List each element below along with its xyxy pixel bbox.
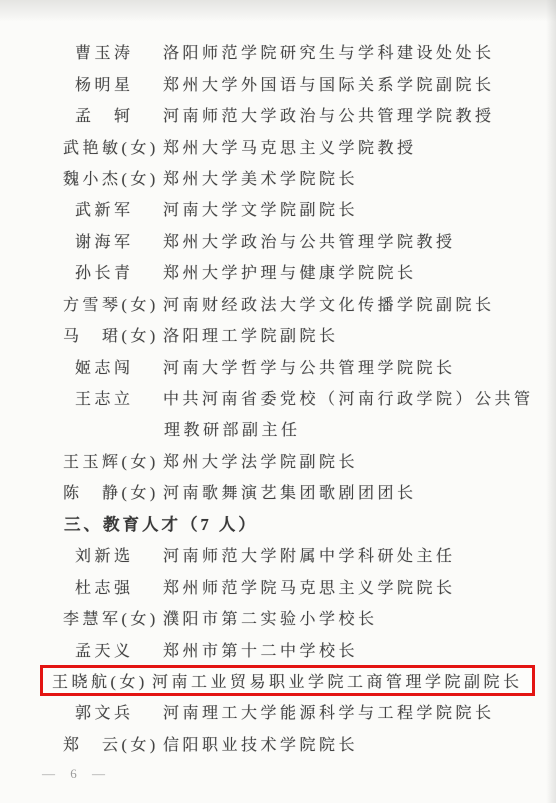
person-title: 河南师范大学政治与公共管理学院教授	[163, 103, 495, 126]
person-row: 魏小杰(女) 郑州大学美术学院院长	[0, 162, 556, 193]
person-title: 河南工业贸易职业学院工商管理学院副院长	[152, 669, 523, 692]
gender-marker: (女)	[122, 611, 159, 628]
page-number: — 6 —	[42, 766, 111, 782]
person-name: 孙长青	[75, 260, 163, 283]
person-name: 陈 静(女)	[63, 480, 163, 503]
person-title-continuation: 理教研部副主任	[164, 417, 301, 440]
scanned-document-page: 曹玉涛 洛阳师范学院研究生与学科建设处处长 杨明星 郑州大学外国语与国际关系学院…	[0, 0, 556, 803]
person-row: 陈 静(女) 河南歌舞演艺集团歌剧团团长	[0, 476, 556, 507]
person-row: 郑 云(女) 信阳职业技术学院院长	[0, 728, 556, 759]
person-title: 郑州大学马克思主义学院教授	[163, 135, 417, 158]
person-name: 曹玉涛	[75, 40, 163, 63]
person-name: 杨明星	[75, 72, 163, 95]
person-title: 河南大学哲学与公共管理学院院长	[163, 355, 456, 378]
person-row: 郭文兵 河南理工大学能源科学与工程学院院长	[0, 696, 556, 727]
person-row: 王志立 中共河南省委党校（河南行政学院）公共管	[0, 382, 556, 413]
person-title: 河南师范大学附属中学科研处主任	[163, 543, 456, 566]
person-name: 王玉辉(女)	[63, 449, 163, 472]
person-row: 孙长青 郑州大学护理与健康学院院长	[0, 256, 556, 287]
person-row: 武艳敏(女) 郑州大学马克思主义学院教授	[0, 130, 556, 161]
person-title: 郑州大学外国语与国际关系学院副院长	[163, 72, 495, 95]
person-row: 马 珺(女) 洛阳理工学院副院长	[0, 319, 556, 350]
person-title: 郑州市第十二中学校长	[163, 638, 358, 661]
gender-marker: (女)	[111, 674, 148, 691]
gender-marker: (女)	[122, 328, 159, 345]
highlighted-person-row: 王晓航(女) 河南工业贸易职业学院工商管理学院副院长	[40, 665, 535, 696]
person-name: 孟天义	[75, 638, 163, 661]
person-name: 谢海军	[75, 229, 163, 252]
person-title: 郑州大学护理与健康学院院长	[163, 260, 417, 283]
person-name: 姬志闯	[75, 355, 163, 378]
person-name: 武新军	[75, 197, 163, 220]
person-name: 李慧军(女)	[63, 606, 163, 629]
person-title: 中共河南省委党校（河南行政学院）公共管	[163, 386, 534, 409]
person-row: 谢海军 郑州大学政治与公共管理学院教授	[0, 225, 556, 256]
gender-marker: (女)	[122, 737, 159, 754]
person-title: 河南理工大学能源科学与工程学院院长	[163, 700, 495, 723]
person-row: 孟 轲 河南师范大学政治与公共管理学院教授	[0, 99, 556, 130]
person-name: 郑 云(女)	[63, 732, 163, 755]
gender-marker: (女)	[122, 140, 159, 157]
person-title: 郑州大学美术学院院长	[163, 166, 358, 189]
person-row: 杜志强 郑州师范学院马克思主义学院院长	[0, 570, 556, 601]
person-title: 洛阳理工学院副院长	[163, 323, 339, 346]
person-name: 马 珺(女)	[63, 323, 163, 346]
person-row: 孟天义 郑州市第十二中学校长	[0, 633, 556, 664]
person-name: 孟 轲	[75, 103, 163, 126]
person-row: 方雪琴(女) 河南财经政法大学文化传播学院副院长	[0, 288, 556, 319]
person-title: 信阳职业技术学院院长	[163, 732, 358, 755]
person-title: 郑州师范学院马克思主义学院院长	[163, 575, 456, 598]
person-name: 魏小杰(女)	[63, 166, 163, 189]
person-title: 洛阳师范学院研究生与学科建设处处长	[163, 40, 495, 63]
person-row: 王玉辉(女) 郑州大学法学院副院长	[0, 445, 556, 476]
person-name: 方雪琴(女)	[63, 292, 163, 315]
person-row-continuation: 理教研部副主任	[0, 413, 556, 444]
person-row: 武新军 河南大学文学院副院长	[0, 193, 556, 224]
gender-marker: (女)	[122, 297, 159, 314]
person-title: 郑州大学政治与公共管理学院教授	[163, 229, 456, 252]
person-row: 刘新选 河南师范大学附属中学科研处主任	[0, 539, 556, 570]
person-row: 曹玉涛 洛阳师范学院研究生与学科建设处处长	[0, 36, 556, 67]
appointee-list: 曹玉涛 洛阳师范学院研究生与学科建设处处长 杨明星 郑州大学外国语与国际关系学院…	[0, 36, 556, 759]
person-row: 杨明星 郑州大学外国语与国际关系学院副院长	[0, 67, 556, 98]
gender-marker: (女)	[122, 171, 159, 188]
person-title: 河南大学文学院副院长	[163, 197, 358, 220]
gender-marker: (女)	[122, 454, 159, 471]
person-title: 河南歌舞演艺集团歌剧团团长	[163, 480, 417, 503]
person-name: 王晓航(女)	[52, 669, 152, 692]
person-name: 王志立	[75, 386, 163, 409]
gender-marker: (女)	[122, 485, 159, 502]
person-row: 姬志闯 河南大学哲学与公共管理学院院长	[0, 350, 556, 381]
person-name: 刘新选	[75, 543, 163, 566]
person-name: 杜志强	[75, 575, 163, 598]
person-title: 郑州大学法学院副院长	[163, 449, 358, 472]
person-name: 郭文兵	[75, 700, 163, 723]
person-title: 濮阳市第二实验小学校长	[163, 606, 378, 629]
person-row: 李慧军(女) 濮阳市第二实验小学校长	[0, 602, 556, 633]
person-title: 河南财经政法大学文化传播学院副院长	[163, 292, 495, 315]
person-name: 武艳敏(女)	[63, 135, 163, 158]
section-heading: 三、教育人才（7 人）	[0, 508, 556, 539]
